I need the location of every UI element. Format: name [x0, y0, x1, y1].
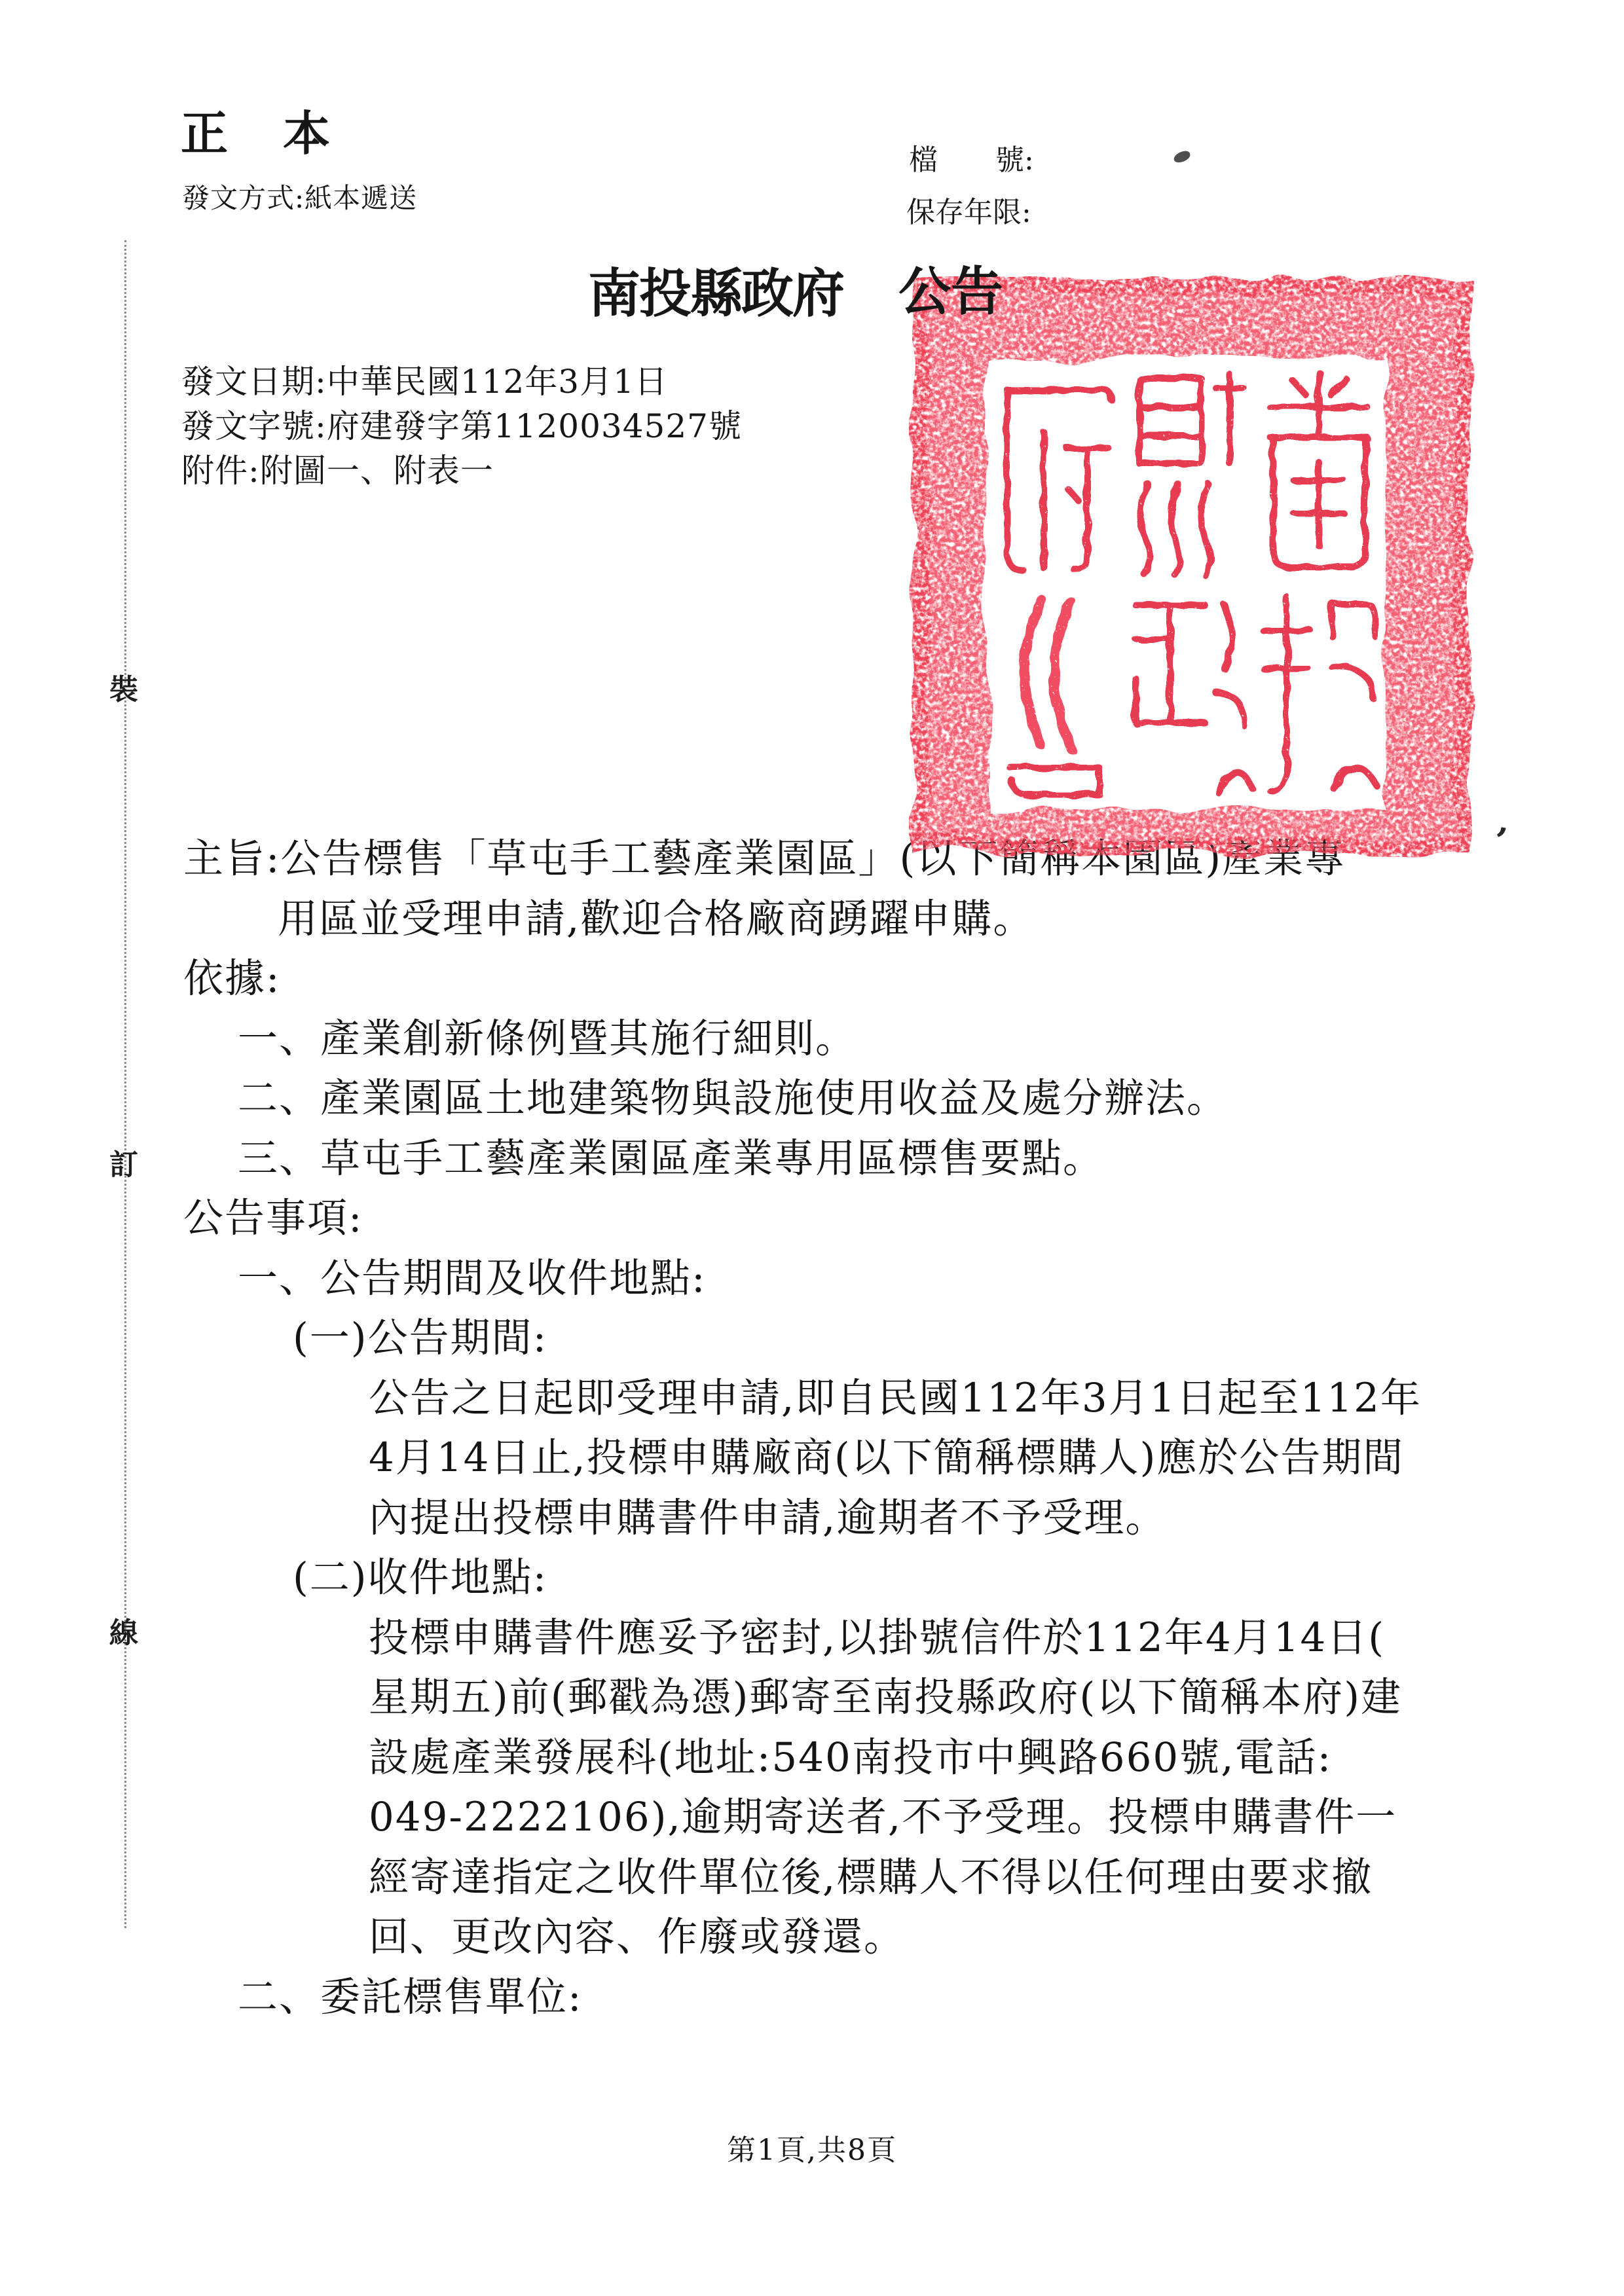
seal-glyph-bright-strokes	[1024, 600, 1073, 750]
document-number: 發文字號:府建發字第1120034527號	[181, 400, 742, 447]
issue-date: 發文日期:中華民國112年3月1日	[181, 355, 668, 403]
body-line: 二、產業園區土地建築物與設施使用收益及處分辦法。	[0, 1068, 1624, 1129]
body-line: 一、產業創新條例暨其施行細則。	[0, 1009, 1624, 1069]
file-number-label: 檔 號:	[909, 136, 1034, 178]
seal-script-glyphs	[1007, 372, 1378, 795]
body-line: 公告事項:	[0, 1188, 1624, 1248]
body-line: 內提出投標申購書件申請,逾期者不予受理。	[0, 1488, 1624, 1548]
body-line: 用區並受理申請,歡迎合格廠商踴躍申購。	[0, 889, 1624, 949]
body-line: 經寄達指定之收件單位後,標購人不得以任何理由要求撤	[0, 1848, 1624, 1908]
body-line: 星期五)前(郵戳為憑)郵寄至南投縣政府(以下簡稱本府)建	[0, 1667, 1624, 1728]
body-line: 回、更改內容、作廢或發還。	[0, 1907, 1624, 1967]
binding-mark-xian: 線	[109, 1609, 138, 1651]
copy-type-label: 正 本	[181, 96, 334, 164]
delivery-method-label: 發文方式:紙本遞送	[182, 177, 417, 216]
announcement-body: 主旨:公告標售「草屯手工藝產業園區」(以下簡稱本園區)產業專 用區並受理申請,歡…	[0, 829, 1624, 2027]
document-title-organization: 南投縣政府	[588, 251, 843, 327]
ink-smudge-mark	[1172, 149, 1191, 164]
body-line: 依據:	[0, 949, 1624, 1009]
body-line: 三、草屯手工藝產業園區產業專用區標售要點。	[0, 1129, 1624, 1189]
body-line: (一)公告期間:	[0, 1308, 1624, 1368]
official-seal	[909, 272, 1476, 859]
binding-mark-ding: 訂	[109, 1141, 138, 1183]
body-line: 公告之日起即受理申請,即自民國112年3月1日起至112年	[0, 1368, 1624, 1429]
attachments-line: 附件:附圖一、附表一	[181, 445, 494, 492]
binding-dotted-line: 裝 訂 線	[124, 240, 126, 1928]
seal-border	[913, 278, 1471, 854]
document-title-type: 公告	[898, 249, 1003, 325]
body-line: 4月14日止,投標申購廠商(以下簡稱標購人)應於公告期間	[0, 1428, 1624, 1488]
body-line: 投標申購書件應妥予密封,以掛號信件於112年4月14日(	[0, 1608, 1624, 1668]
body-line: 設處產業發展科(地址:540南投市中興路660號,電話:	[0, 1728, 1624, 1788]
retention-period-label: 保存年限:	[906, 189, 1031, 230]
body-line: 二、委託標售單位:	[0, 1967, 1624, 2028]
document-page: 正 本 發文方式:紙本遞送 檔 號: 保存年限: 南投縣政府 公告 發文日期:中…	[0, 0, 1624, 2296]
body-line: 一、公告期間及收件地點:	[0, 1248, 1624, 1309]
body-line: 049-2222106),逾期寄送者,不予受理。投標申購書件一	[0, 1787, 1624, 1848]
body-line: (二)收件地點:	[0, 1548, 1624, 1608]
binding-mark-zhuang: 裝	[109, 666, 138, 708]
page-number-footer: 第1頁,共8頁	[0, 2126, 1624, 2168]
